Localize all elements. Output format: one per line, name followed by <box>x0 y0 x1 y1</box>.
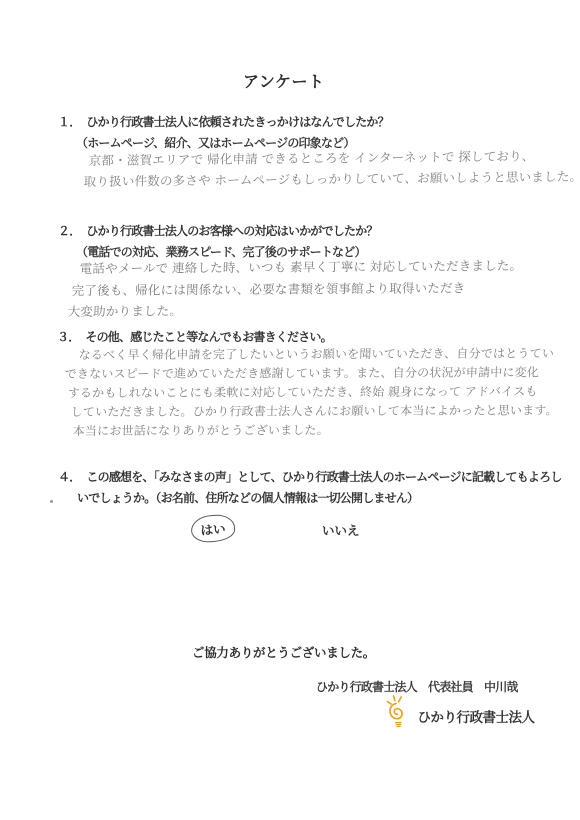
question-2-text: ひかり行政書士法人のお客様への対応はいかがでしたか？ <box>86 224 377 238</box>
lightbulb-icon <box>383 692 411 732</box>
option-no-label: いいえ <box>322 521 360 539</box>
question-2-number: ２． <box>58 224 80 238</box>
question-3-answer-line: するかもしれないことにも柔軟に対応していただき、終始 親身になって アドバイスも <box>67 382 537 401</box>
question-2: ２．ひかり行政書士法人のお客様への対応はいかがでしたか？ <box>58 222 378 239</box>
question-1-answer-line: 京都・滋賀エリアで 帰化申請 できるところを インターネットで 探しており、 <box>89 146 535 169</box>
scan-stray-mark <box>50 500 53 503</box>
thanks-message: ご協力ありがとうございました。 <box>192 643 375 661</box>
question-1: １．ひかり行政書士法人に依頼されたきっかけはなんでしたか？ <box>58 113 389 130</box>
question-3-number: ３． <box>57 330 79 344</box>
question-3-answer-line: 本当にお世話になりありがとうございました。 <box>72 421 329 439</box>
option-yes-label: はい <box>200 519 226 539</box>
question-3: ３．その他、感じたこと等なんでもお書きください。 <box>57 328 332 345</box>
question-4-text-line2: いでしょうか。（お名前、住所などの個人情報は一切公開しません） <box>77 489 418 506</box>
question-1-text: ひかり行政書士法人に依頼されたきっかけはなんでしたか？ <box>86 115 388 129</box>
question-3-answer-line: なるべく早く帰化申請を完了したいというお願いを聞いていただき、自分ではとうてい <box>78 344 554 363</box>
page-title: アンケート <box>243 69 325 92</box>
question-4-number: ４． <box>58 470 80 484</box>
logo-company-name: ひかり行政書士法人 <box>417 706 534 726</box>
question-2-answer-line: 電話やメールで 連絡した時、いつも 素早く丁寧に 対応していただきました。 <box>79 256 522 277</box>
question-1-number: １． <box>58 115 80 129</box>
question-3-text: その他、感じたこと等なんでもお書きください。 <box>85 330 331 344</box>
question-2-answer-line: 完了後も、帰化には関係ない、必要な書類を領事館より取得いただき <box>71 278 465 299</box>
question-2-answer-line: 大変助かりました。 <box>67 301 182 320</box>
question-4-text-line1: この感想を、「みなさまの声」として、ひかり行政書士法人のホームページに記載しても… <box>86 470 561 484</box>
survey-document: アンケート １．ひかり行政書士法人に依頼されたきっかけはなんでしたか？ （ホーム… <box>0 0 580 820</box>
question-4: ４．この感想を、「みなさまの声」として、ひかり行政書士法人のホームページに記載し… <box>58 468 562 485</box>
option-yes-circle-annotation: はい <box>190 513 236 543</box>
company-logo: ひかり行政書士法人 <box>385 693 534 731</box>
question-3-answer-line: できないスピードで進めていただき感謝しています。また、自分の状況が申請中に変化 <box>64 363 539 382</box>
question-1-answer-line: 取り扱い件数の多さや ホームページもしっかりしていて、お願いしようと思いました。 <box>84 167 580 190</box>
question-3-answer-line: していただきました。ひかり行政書士法人さんにお願いして本当によかったと思います。 <box>70 401 558 420</box>
